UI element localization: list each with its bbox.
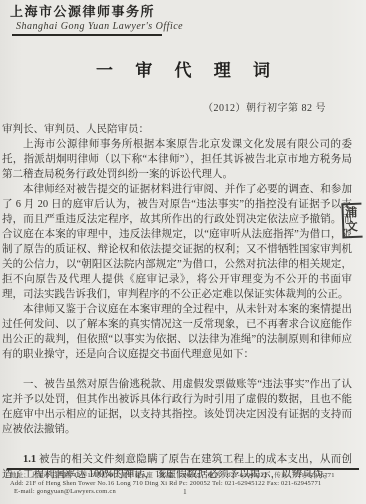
paragraph-spacer (2, 437, 352, 452)
salutation-line: 审判长、审判员、人民陪审员： (2, 122, 352, 137)
handwritten-margin-note: 浦文 (341, 203, 362, 239)
paragraph-spacer (2, 362, 352, 377)
document-body: 审判长、审判员、人民陪审员： 上海市公源律师事务所根据本案原告北京发课文化发展有… (0, 122, 366, 482)
paragraph-appointment: 上海市公源律师事务所根据本案原告北京发课文化发展有限公司的委托，指派胡炯明律师（… (2, 137, 352, 182)
scanned-legal-document-page: 上海市公源律师事务所 Shanghai Gong Yuan Lawyer's O… (0, 0, 366, 504)
letterhead: 上海市公源律师事务所 Shanghai Gong Yuan Lawyer's O… (0, 0, 366, 36)
footer-address-english: Add: 21F of Heng Shen Tower No.16 Long 7… (6, 480, 360, 488)
document-title: 一 审 代 理 词 (0, 56, 366, 81)
page-footer: 地址：上海市定西路710弄16号恒申大厦21楼A座 邮编：200052 电话：0… (0, 468, 366, 496)
docket-number: （2012）朝行初字第 82 号 (0, 99, 366, 114)
paragraph-hearing-opinion: 本律师经对被告提交的证据材料进行审阅、并作了必要的调查、和参加了 6 月 20 … (2, 182, 352, 302)
page-number: 1 (127, 488, 244, 496)
footer-address-chinese: 地址：上海市定西路710弄16号恒申大厦21楼A座 邮编：200052 电话：0… (6, 472, 360, 480)
letterhead-divider (12, 34, 162, 36)
paragraph-submission-intro: 本律师又鉴于合议庭在本案审理的全过程中，从未针对本案的案情提出过任何发问、以了解… (2, 302, 352, 362)
footer-divider (7, 468, 359, 470)
firm-name-english: Shanghai Gong Yuan Lawyer's Office (10, 19, 366, 34)
footer-bottom-row: E-mail: gongyuan@Lawyers.com.cn 1 (6, 488, 360, 496)
footer-email: E-mail: gongyuan@Lawyers.com.cn (10, 488, 127, 496)
firm-name-chinese: 上海市公源律师事务所 (10, 5, 366, 19)
paragraph-point-one: 一、被告虽然对原告偷逃税款、用虚假发票做账等“违法事实”作出了认定并予以处罚，但… (2, 377, 352, 437)
clause-number: 1.1 (23, 454, 36, 465)
